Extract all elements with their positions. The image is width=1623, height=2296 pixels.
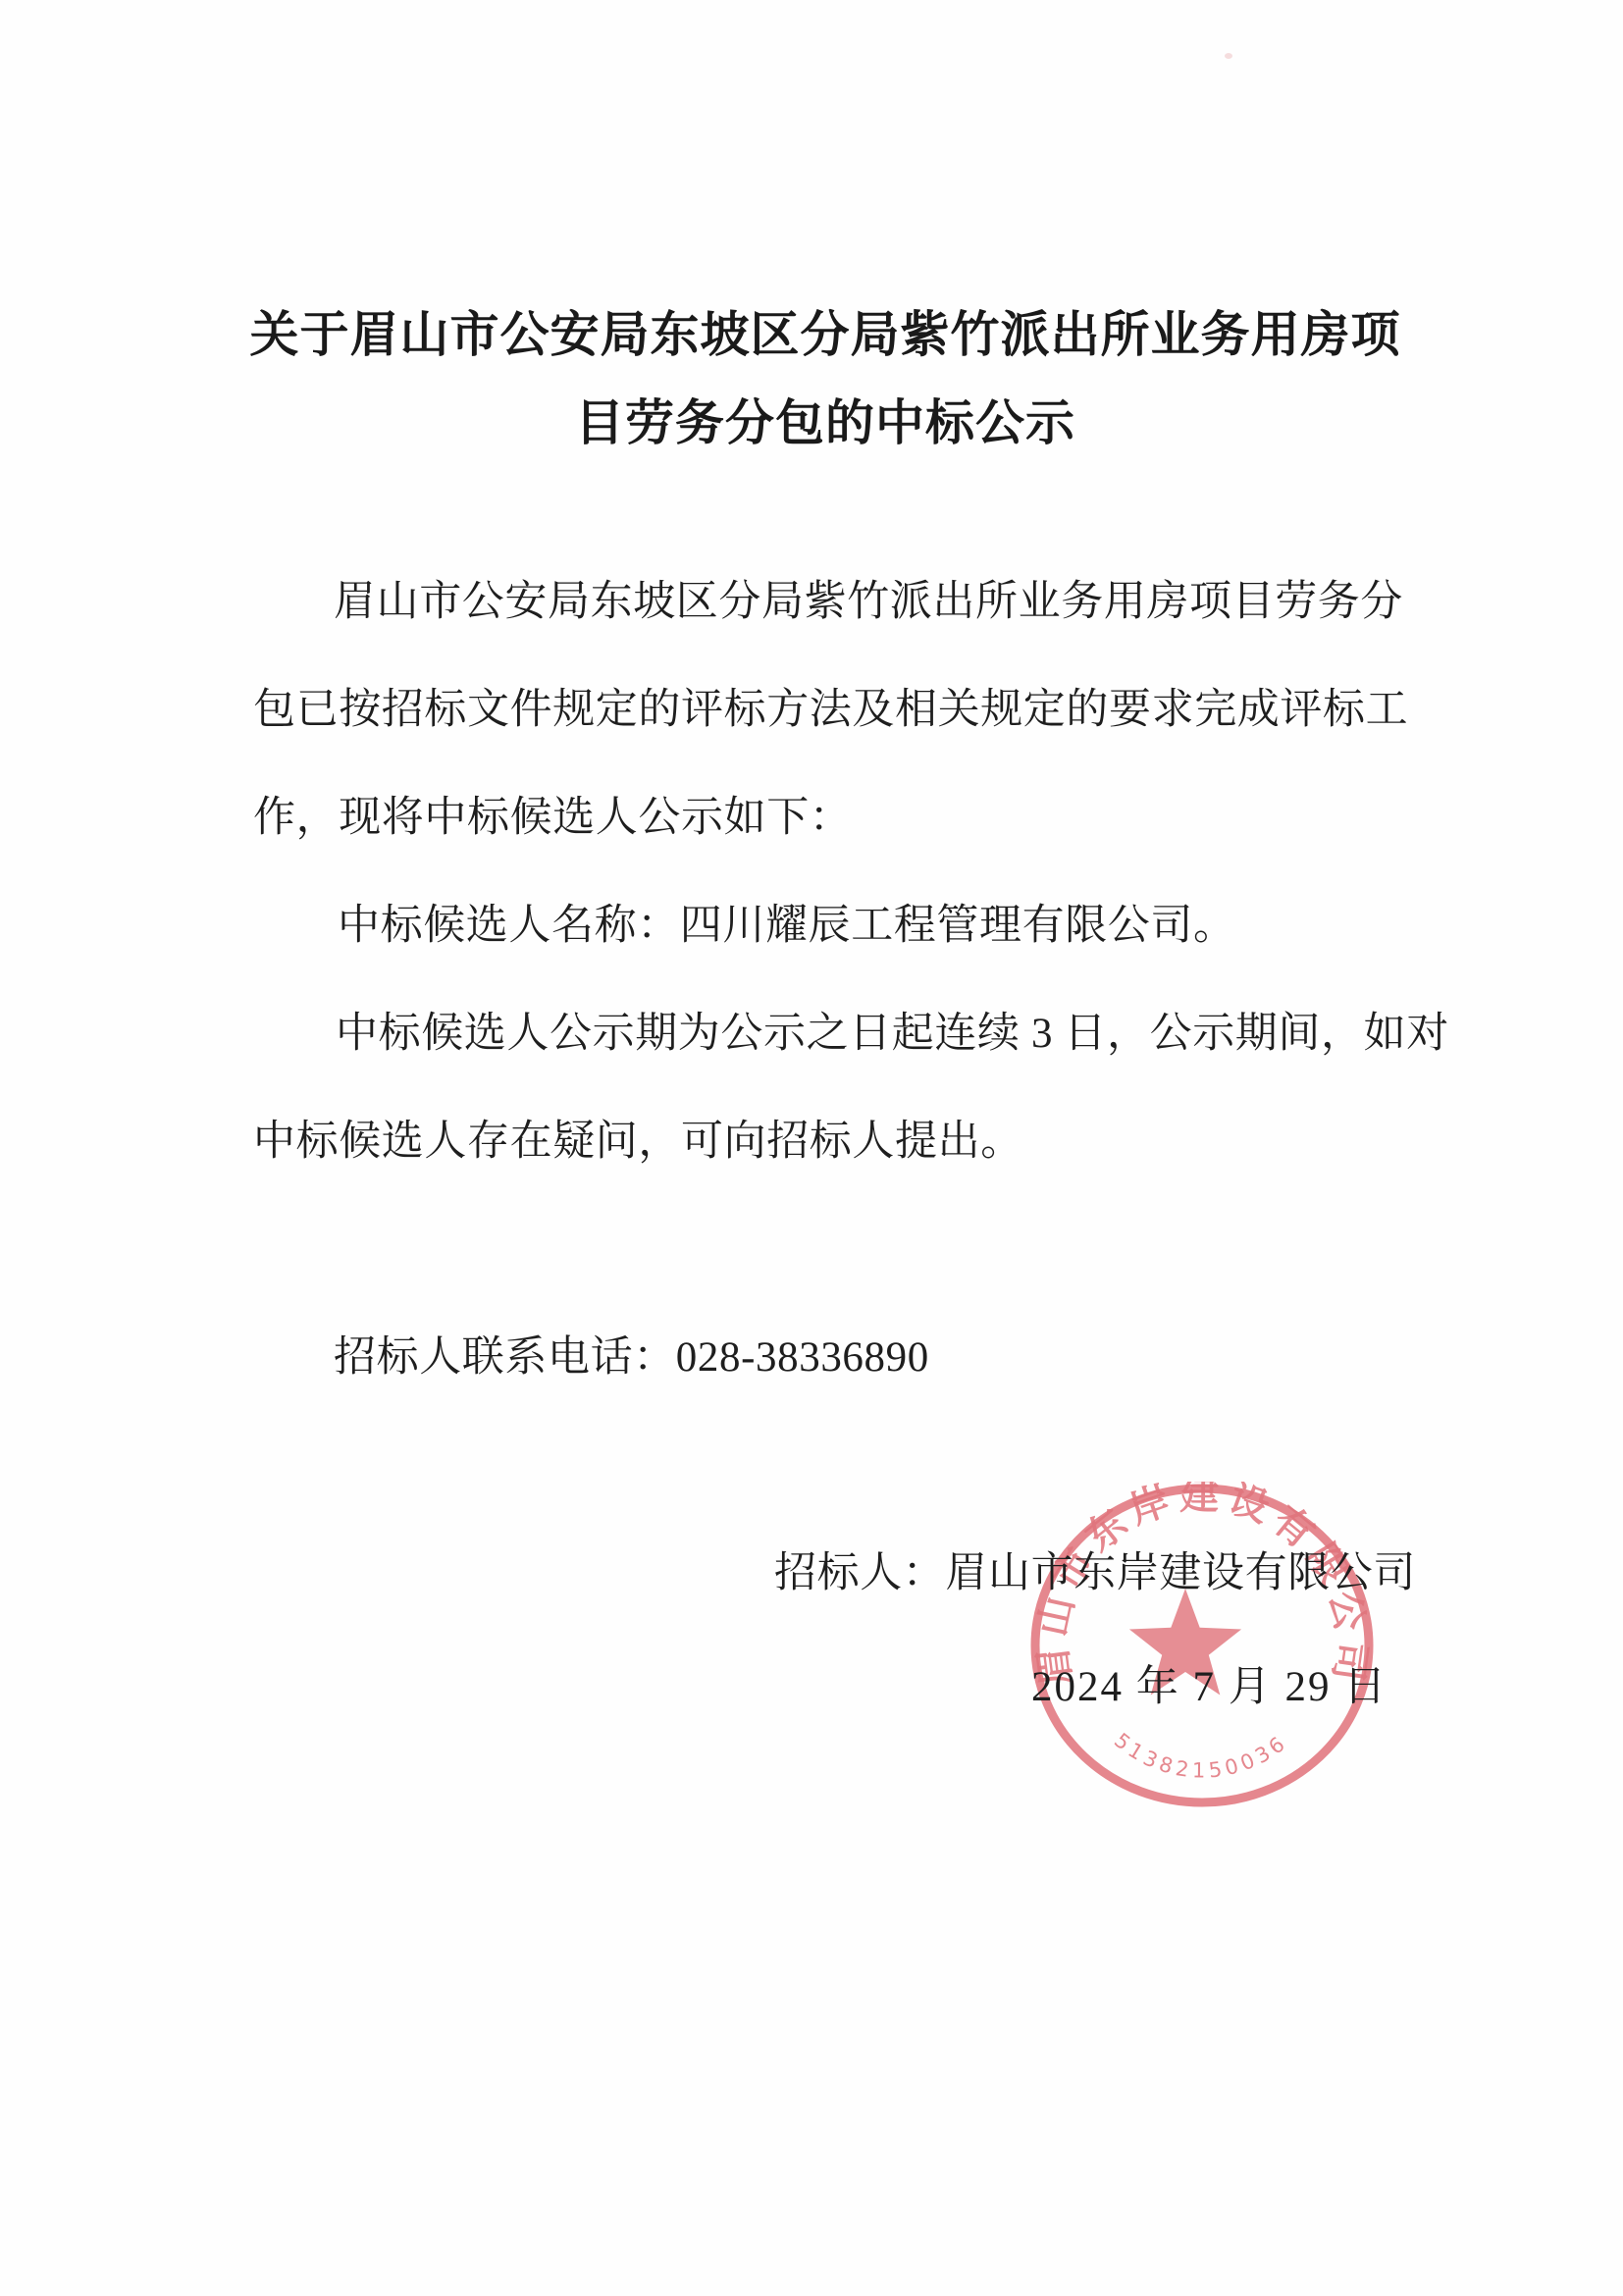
- scan-artifact: [1225, 53, 1232, 59]
- body-paragraph3-line1: 中标候选人公示期为公示之日起连续 3 日，公示期间，如对: [336, 1009, 1449, 1060]
- body-paragraph2-line1: 中标候选人名称：四川耀辰工程管理有限公司。: [338, 901, 1236, 952]
- document-page: 关于眉山市公安局东坡区分局紫竹派出所业务用房项 目劳务分包的中标公示 眉山市公安…: [0, 0, 1623, 2296]
- contact-phone-line: 招标人联系电话：028-38336890: [334, 1332, 929, 1383]
- document-title: 关于眉山市公安局东坡区分局紫竹派出所业务用房项 目劳务分包的中标公示: [14, 290, 1623, 467]
- body-paragraph1-line3: 作，现将中标候选人公示如下：: [253, 793, 852, 844]
- title-line-2: 目劳务分包的中标公示: [14, 379, 1623, 467]
- title-line-1: 关于眉山市公安局东坡区分局紫竹派出所业务用房项: [14, 290, 1623, 379]
- tenderer-signature-line: 招标人：眉山市东岸建设有限公司: [774, 1548, 1416, 1599]
- seal-graphic: 眉山市东岸建设有限公司 5138215003606: [1027, 1482, 1377, 1809]
- signature-date-line: 2024 年 7 月 29 日: [1031, 1662, 1387, 1713]
- body-paragraph3-line2: 中标候选人存在疑问，可向招标人提出。: [253, 1117, 1023, 1168]
- body-paragraph1-line2: 包已按招标文件规定的评标方法及相关规定的要求完成评标工: [253, 685, 1408, 736]
- body-paragraph1-line1: 眉山市公安局东坡区分局紫竹派出所业务用房项目劳务分: [334, 577, 1403, 628]
- company-seal: 眉山市东岸建设有限公司 5138215003606: [1027, 1482, 1377, 1809]
